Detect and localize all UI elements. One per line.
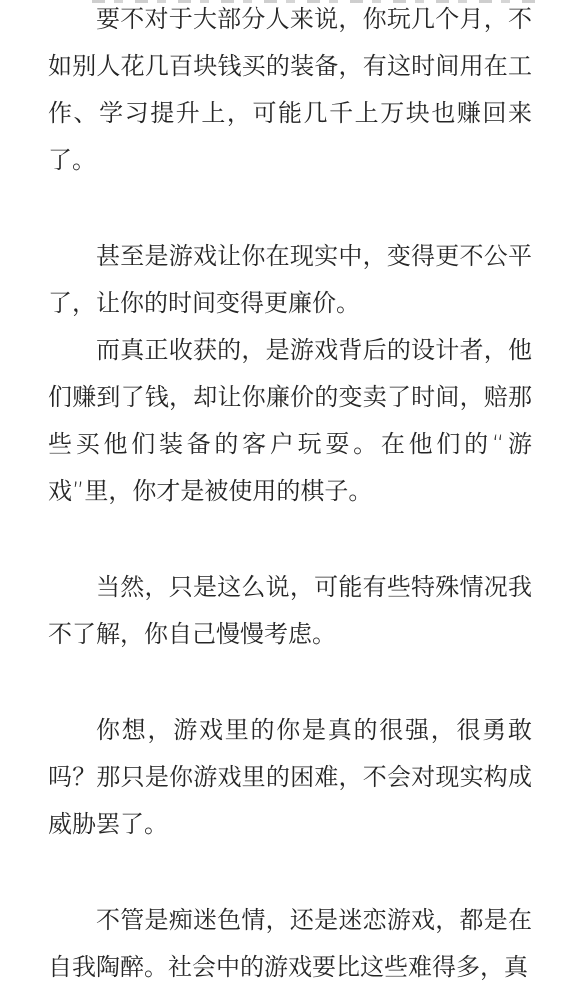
clipped-text-line-top	[92, 0, 540, 3]
paragraph: 甚至是游戏让你在现实中，变得更不公平了，让你的时间变得更廉价。	[48, 233, 532, 327]
paragraph: 当然，只是这么说，可能有些特殊情况我不了解，你自己慢慢考虑。	[48, 564, 532, 658]
paragraph: 你想，游戏里的你是真的很强，很勇敢吗？那只是你游戏里的困难，不会对现实构成威胁罢…	[48, 707, 532, 848]
paragraph: 不管是痴迷色情，还是迷恋游戏，都是在自我陶醉。社会中的游戏要比这些难得多，真	[48, 897, 532, 991]
article-body: 要不对于大部分人来说，你玩几个月，不如别人花几百块钱买的装备，有这时间用在工作、…	[48, 0, 532, 991]
paragraph: 要不对于大部分人来说，你玩几个月，不如别人花几百块钱买的装备，有这时间用在工作、…	[48, 0, 532, 184]
article-page[interactable]: 要不对于大部分人来说，你玩几个月，不如别人花几百块钱买的装备，有这时间用在工作、…	[0, 0, 580, 996]
paragraph: 而真正收获的，是游戏背后的设计者，他们赚到了钱，却让你廉价的变卖了时间，赔那些买…	[48, 327, 532, 515]
